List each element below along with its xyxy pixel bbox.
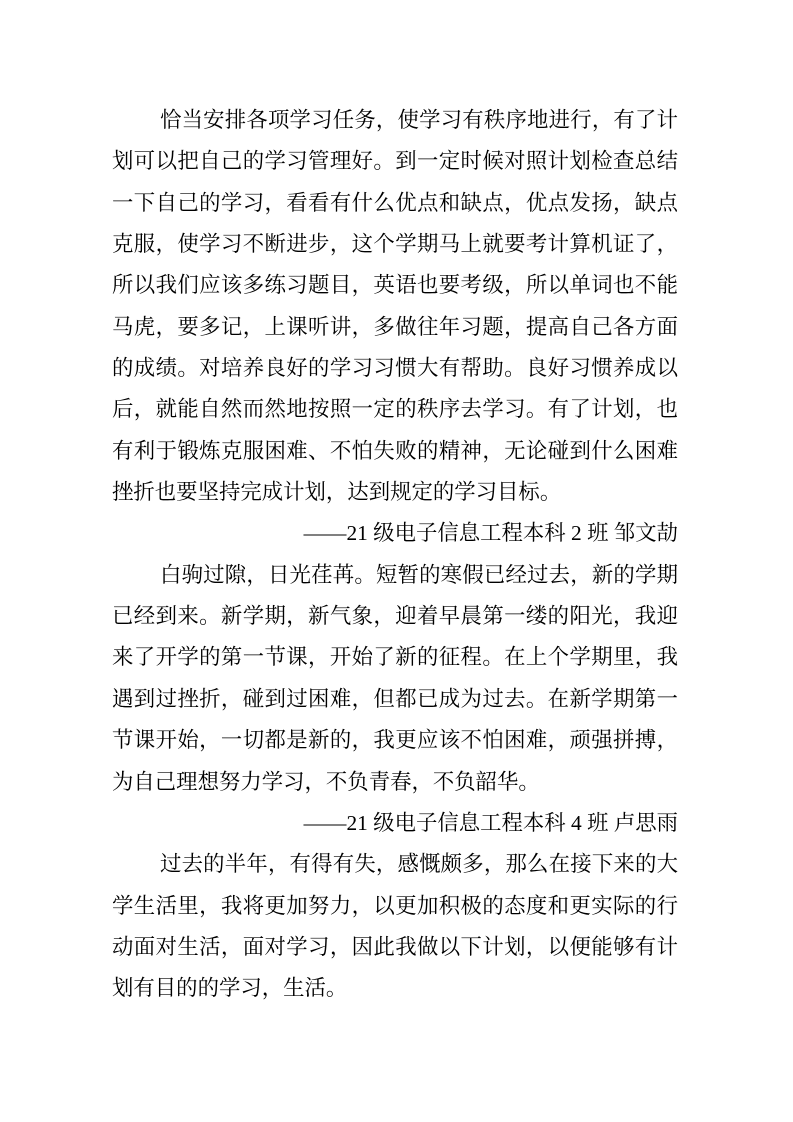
body-line: 学生活里，我将更加努力，以更加积极的态度和更实际的行 bbox=[112, 886, 678, 927]
document-page: 恰当安排各项学习任务，使学习有秩序地进行，有了计 划可以把自己的学习管理好。到一… bbox=[0, 0, 793, 1122]
body-line: 节课开始，一切都是新的，我更应该不怕困难，顽强拼搏， bbox=[112, 720, 678, 761]
body-line: 遇到过挫折，碰到过困难，但都已成为过去。在新学期第一 bbox=[112, 679, 678, 720]
body-line: 所以我们应该多练习题目，英语也要考级，所以单词也不能 bbox=[112, 265, 678, 306]
body-line: 马虎，要多记，上课听讲，多做往年习题，提高自己各方面 bbox=[112, 307, 678, 348]
body-line: 一下自己的学习，看看有什么优点和缺点，优点发扬，缺点 bbox=[112, 183, 678, 224]
body-line: 挫折也要坚持完成计划，达到规定的学习目标。 bbox=[112, 472, 678, 513]
body-line: 已经到来。新学期，新气象，迎着早晨第一缕的阳光，我迎 bbox=[112, 596, 678, 637]
body-line: 白驹过隙，日光荏苒。短暂的寒假已经过去，新的学期 bbox=[112, 555, 678, 596]
body-line: 有利于锻炼克服困难、不怕失败的精神，无论碰到什么困难 bbox=[112, 431, 678, 472]
body-line: 恰当安排各项学习任务，使学习有秩序地进行，有了计 bbox=[112, 100, 678, 141]
body-line: 后，就能自然而然地按照一定的秩序去学习。有了计划，也 bbox=[112, 389, 678, 430]
body-line: 划可以把自己的学习管理好。到一定时候对照计划检查总结 bbox=[112, 141, 678, 182]
document-text-block: 恰当安排各项学习任务，使学习有秩序地进行，有了计 划可以把自己的学习管理好。到一… bbox=[112, 100, 678, 1010]
body-line: 的成绩。对培养良好的学习习惯大有帮助。良好习惯养成以 bbox=[112, 348, 678, 389]
body-line: 克服，使学习不断进步，这个学期马上就要考计算机证了， bbox=[112, 224, 678, 265]
signature-line: ——21 级电子信息工程本科 4 班 卢思雨 bbox=[112, 803, 678, 844]
body-line: 来了开学的第一节课，开始了新的征程。在上个学期里，我 bbox=[112, 637, 678, 678]
body-line: 动面对生活，面对学习，因此我做以下计划，以便能够有计 bbox=[112, 927, 678, 968]
signature-line: ——21 级电子信息工程本科 2 班 邹文劼 bbox=[112, 513, 678, 554]
body-line: 为自己理想努力学习，不负青春，不负韶华。 bbox=[112, 762, 678, 803]
body-line: 划有目的的学习，生活。 bbox=[112, 968, 678, 1009]
body-line: 过去的半年，有得有失，感慨颇多，那么在接下来的大 bbox=[112, 844, 678, 885]
